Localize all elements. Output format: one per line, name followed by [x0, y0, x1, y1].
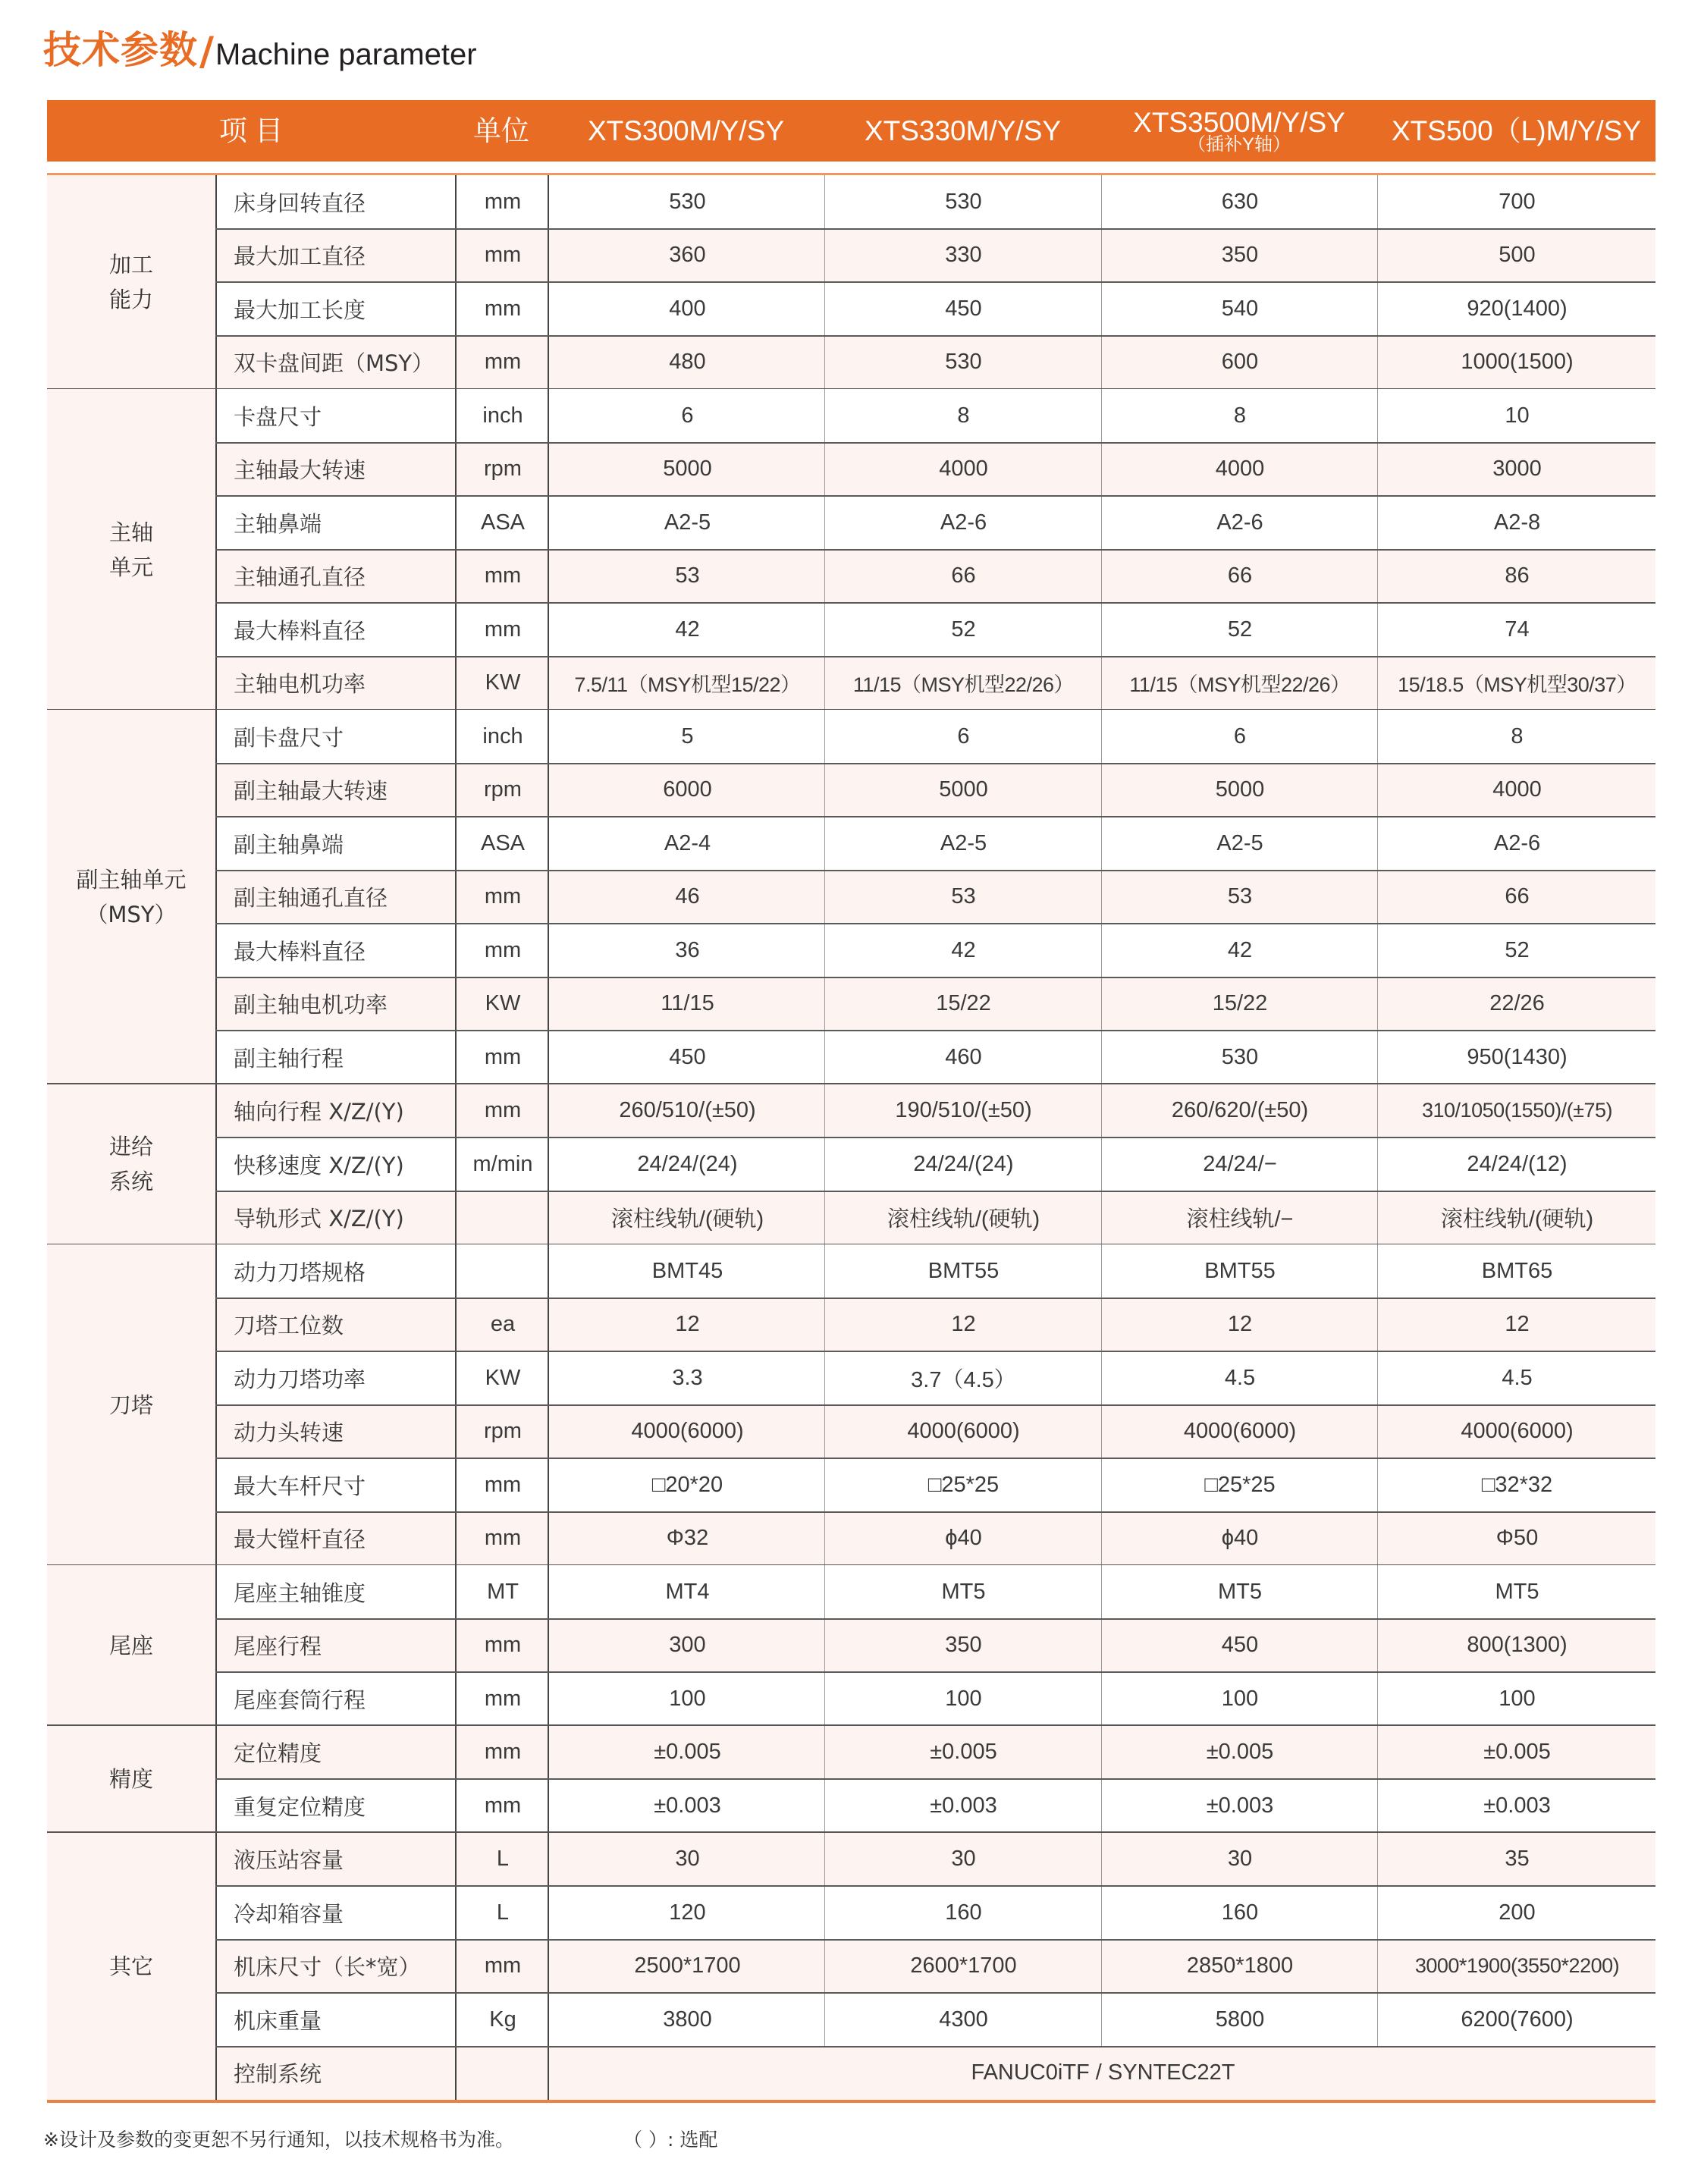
param-unit: mm	[455, 1031, 549, 1084]
param-unit: mm	[455, 1619, 549, 1672]
param-value-model-1: 4000	[824, 443, 1102, 496]
param-name: 机床尺寸（长*宽）	[215, 1940, 455, 1993]
table-row: 床身回转直径mm530530630700	[215, 175, 1655, 228]
row-divider	[215, 1458, 1655, 1459]
header-unit: 单位	[455, 100, 548, 162]
param-value-model-0: 12	[548, 1298, 826, 1351]
param-unit: mm	[455, 336, 549, 389]
param-value-model-2: 530	[1101, 1031, 1378, 1084]
row-divider	[215, 1939, 1655, 1941]
param-value-model-3: 10	[1377, 389, 1656, 442]
table-row: 动力头转速rpm4000(6000)4000(6000)4000(6000)40…	[215, 1405, 1655, 1458]
param-value-model-1: BMT55	[824, 1244, 1102, 1298]
param-name: 动力头转速	[215, 1405, 455, 1458]
table-header: 项 目 单位 XTS300M/Y/SY XTS330M/Y/SY XTS3500…	[47, 100, 1655, 162]
param-name: 重复定位精度	[215, 1779, 455, 1832]
param-name: 轴向行程 X/Z/(Y)	[215, 1084, 455, 1137]
param-unit: inch	[455, 710, 549, 763]
table-row: 副主轴通孔直径mm46535366	[215, 871, 1655, 924]
param-value-model-2: BMT55	[1101, 1244, 1378, 1298]
row-divider	[215, 1137, 1655, 1138]
param-value-model-0: 30	[548, 1833, 826, 1886]
param-value-model-3: 4000	[1377, 764, 1656, 817]
table-row: 主轴通孔直径mm53666686	[215, 550, 1655, 603]
param-value-model-0: A2-4	[548, 817, 826, 870]
row-divider	[215, 1404, 1655, 1406]
table-row: 尾座行程mm300350450800(1300)	[215, 1619, 1655, 1672]
param-value-model-2: MT5	[1101, 1565, 1378, 1618]
param-unit	[455, 1244, 549, 1298]
param-value-model-0: 46	[548, 871, 826, 924]
param-value-model-0: 4000(6000)	[548, 1405, 826, 1458]
param-unit: mm	[455, 603, 549, 656]
param-value-model-2: 100	[1101, 1672, 1378, 1725]
param-value-model-0: □20*20	[548, 1458, 826, 1511]
param-name: 最大镗杆直径	[215, 1512, 455, 1565]
row-divider	[215, 1511, 1655, 1513]
param-value-model-0: 53	[548, 550, 826, 603]
param-value-model-3: 86	[1377, 550, 1656, 603]
param-unit	[455, 1191, 549, 1244]
param-value-model-1: 52	[824, 603, 1102, 656]
row-divider	[215, 228, 1655, 230]
param-value-model-1: 8	[824, 389, 1102, 442]
param-name: 副主轴行程	[215, 1031, 455, 1084]
table-row: 尾座套筒行程mm100100100100	[215, 1672, 1655, 1725]
param-value-model-1: 350	[824, 1619, 1102, 1672]
page-title: 技术参数 / Machine parameter	[43, 21, 477, 74]
param-value-model-0: 300	[548, 1619, 826, 1672]
param-name: 最大车杆尺寸	[215, 1458, 455, 1511]
row-divider	[215, 281, 1655, 283]
param-name: 动力刀塔功率	[215, 1351, 455, 1404]
param-value-model-3: ±0.003	[1377, 1779, 1656, 1832]
param-value-model-3: 22/26	[1377, 977, 1656, 1031]
row-divider	[215, 602, 1655, 604]
table-row: 卡盘尺寸inch68810	[215, 389, 1655, 442]
group-label: 副主轴单元 （MSY）	[47, 710, 215, 1084]
model-name: XTS500（L)M/Y/SY	[1392, 116, 1641, 146]
param-unit: L	[455, 1886, 549, 1939]
param-name: 机床重量	[215, 1993, 455, 2046]
param-value-model-0: 滚柱线轨/(硬轨)	[548, 1191, 826, 1244]
param-name: 尾座行程	[215, 1619, 455, 1672]
param-value-model-0: 7.5/11（MSY机型15/22）	[548, 657, 826, 710]
param-value-model-2: 30	[1101, 1833, 1378, 1886]
param-value-model-3: MT5	[1377, 1565, 1656, 1618]
param-unit: mm	[455, 1084, 549, 1137]
param-value-model-3: 1000(1500)	[1377, 336, 1656, 389]
group-label: 尾座	[47, 1565, 215, 1726]
param-unit: mm	[455, 175, 549, 228]
param-value-model-0: A2-5	[548, 496, 826, 549]
table-row: 重复定位精度mm±0.003±0.003±0.003±0.003	[215, 1779, 1655, 1832]
param-value-model-1: 4300	[824, 1993, 1102, 2046]
param-value-model-0: 3.3	[548, 1351, 826, 1404]
param-value-model-1: 4000(6000)	[824, 1405, 1102, 1458]
param-value-model-2: 5800	[1101, 1993, 1378, 2046]
param-unit: m/min	[455, 1137, 549, 1191]
param-value-model-3: 100	[1377, 1672, 1656, 1725]
param-value-model-3: 24/24/(12)	[1377, 1137, 1656, 1191]
table-row: 控制系统FANUC0iTF / SYNTEC22T	[215, 2047, 1655, 2100]
param-name: 液压站容量	[215, 1833, 455, 1886]
table-row: 动力刀塔规格BMT45BMT55BMT55BMT65	[215, 1244, 1655, 1298]
param-value-model-3: ±0.005	[1377, 1726, 1656, 1779]
param-value-model-0: BMT45	[548, 1244, 826, 1298]
param-unit: mm	[455, 871, 549, 924]
param-value-model-2: □25*25	[1101, 1458, 1378, 1511]
table-row: 最大镗杆直径mmΦ32ϕ40ϕ40Φ50	[215, 1512, 1655, 1565]
param-value-model-0: 3800	[548, 1993, 826, 2046]
param-name: 刀塔工位数	[215, 1298, 455, 1351]
param-unit: L	[455, 1833, 549, 1886]
param-value-model-3: 66	[1377, 871, 1656, 924]
param-value-model-2: 540	[1101, 282, 1378, 335]
param-name: 控制系统	[215, 2047, 455, 2100]
row-divider	[215, 495, 1655, 497]
table-row: 轴向行程 X/Z/(Y)mm260/510/(±50)190/510/(±50)…	[215, 1084, 1655, 1137]
row-divider	[215, 763, 1655, 764]
param-name: 最大棒料直径	[215, 924, 455, 977]
row-divider	[215, 870, 1655, 871]
param-name: 尾座主轴锥度	[215, 1565, 455, 1618]
param-unit: mm	[455, 1779, 549, 1832]
param-name: 主轴通孔直径	[215, 550, 455, 603]
footer: ※设计及参数的变更恕不另行通知，以技术规格书为准。 （ ）: 选配	[43, 2125, 514, 2152]
param-unit: mm	[455, 1940, 549, 1993]
param-name: 双卡盘间距（MSY）	[215, 336, 455, 389]
param-value-model-2: 11/15（MSY机型22/26）	[1101, 657, 1378, 710]
row-divider	[215, 1671, 1655, 1673]
row-divider	[215, 923, 1655, 924]
param-name: 快移速度 X/Z/(Y)	[215, 1137, 455, 1191]
table-row: 最大棒料直径mm36424252	[215, 924, 1655, 977]
param-name: 床身回转直径	[215, 175, 455, 228]
param-value-model-2: 15/22	[1101, 977, 1378, 1031]
param-unit: rpm	[455, 1405, 549, 1458]
model-name: XTS300M/Y/SY	[588, 116, 784, 146]
param-value-model-3: 500	[1377, 229, 1656, 282]
row-divider	[215, 1191, 1655, 1192]
param-value-model-2: 6	[1101, 710, 1378, 763]
param-value-model-0: 100	[548, 1672, 826, 1725]
param-value-model-3: 8	[1377, 710, 1656, 763]
title-chinese: 技术参数	[43, 20, 198, 74]
table-row: 定位精度mm±0.005±0.005±0.005±0.005	[215, 1726, 1655, 1779]
header-item-label: 项 目	[219, 116, 283, 146]
param-value-model-2: A2-5	[1101, 817, 1378, 870]
param-value-model-0: 36	[548, 924, 826, 977]
param-unit: MT	[455, 1565, 549, 1618]
param-value-model-3: 920(1400)	[1377, 282, 1656, 335]
param-unit: ASA	[455, 496, 549, 549]
table-row: 尾座主轴锥度MTMT4MT5MT5MT5	[215, 1565, 1655, 1618]
param-unit: inch	[455, 389, 549, 442]
table-row: 主轴电机功率KW7.5/11（MSY机型15/22）11/15（MSY机型22/…	[215, 657, 1655, 710]
table-row: 主轴鼻端ASAA2-5A2-6A2-6A2-8	[215, 496, 1655, 549]
table-row: 副主轴最大转速rpm6000500050004000	[215, 764, 1655, 817]
model-subtitle: （插补Y轴）	[1188, 135, 1291, 155]
param-value-model-3: 4.5	[1377, 1351, 1656, 1404]
param-value-model-0: 480	[548, 336, 826, 389]
table-bottom-line	[47, 2100, 1655, 2103]
table-row: 最大车杆尺寸mm□20*20□25*25□25*25□32*32	[215, 1458, 1655, 1511]
param-name: 副主轴鼻端	[215, 817, 455, 870]
param-value-model-3: 15/18.5（MSY机型30/37）	[1377, 657, 1656, 710]
param-value-model-1: 30	[824, 1833, 1102, 1886]
param-value-model-1: 330	[824, 229, 1102, 282]
param-value-model-2: 66	[1101, 550, 1378, 603]
param-value-model-1: A2-5	[824, 817, 1102, 870]
param-value-span: FANUC0iTF / SYNTEC22T	[548, 2047, 1657, 2100]
param-unit: mm	[455, 1458, 549, 1511]
param-name: 最大棒料直径	[215, 603, 455, 656]
param-name: 尾座套筒行程	[215, 1672, 455, 1725]
table-row: 最大棒料直径mm42525274	[215, 603, 1655, 656]
param-value-model-2: 600	[1101, 336, 1378, 389]
param-value-model-3: 310/1050(1550)/(±75)	[1377, 1084, 1656, 1137]
param-unit: rpm	[455, 764, 549, 817]
param-value-model-3: 950(1430)	[1377, 1031, 1656, 1084]
param-value-model-1: 190/510/(±50)	[824, 1084, 1102, 1137]
param-value-model-0: 24/24/(24)	[548, 1137, 826, 1191]
row-divider	[215, 1778, 1655, 1780]
param-value-model-3: 3000*1900(3550*2200)	[1377, 1940, 1656, 1993]
param-unit: Kg	[455, 1993, 549, 2046]
param-value-model-3: □32*32	[1377, 1458, 1656, 1511]
param-value-model-2: 630	[1101, 175, 1378, 228]
param-value-model-0: 6000	[548, 764, 826, 817]
param-unit: mm	[455, 550, 549, 603]
row-divider	[215, 1618, 1655, 1620]
param-value-model-1: 15/22	[824, 977, 1102, 1031]
param-value-model-3: BMT65	[1377, 1244, 1656, 1298]
param-unit: ASA	[455, 817, 549, 870]
param-value-model-1: 66	[824, 550, 1102, 603]
param-value-model-2: 2850*1800	[1101, 1940, 1378, 1993]
header-model-1: XTS330M/Y/SY	[824, 100, 1101, 162]
param-value-model-2: 8	[1101, 389, 1378, 442]
param-value-model-1: 滚柱线轨/(硬轨)	[824, 1191, 1102, 1244]
param-value-model-0: 6	[548, 389, 826, 442]
param-value-model-1: ϕ40	[824, 1512, 1102, 1565]
param-name: 副主轴电机功率	[215, 977, 455, 1031]
group-label: 精度	[47, 1726, 215, 1833]
header-unit-label: 单位	[473, 116, 529, 146]
row-divider	[215, 816, 1655, 817]
row-divider	[215, 549, 1655, 551]
param-value-model-2: 260/620/(±50)	[1101, 1084, 1378, 1137]
table-row: 最大加工直径mm360330350500	[215, 229, 1655, 282]
param-unit: mm	[455, 924, 549, 977]
row-divider	[215, 1885, 1655, 1887]
param-name: 副主轴最大转速	[215, 764, 455, 817]
table-row: 导轨形式 X/Z/(Y)滚柱线轨/(硬轨)滚柱线轨/(硬轨)滚柱线轨/−滚柱线轨…	[215, 1191, 1655, 1244]
table-row: 机床重量Kg3800430058006200(7600)	[215, 1993, 1655, 2046]
param-value-model-1: 530	[824, 336, 1102, 389]
param-value-model-0: 2500*1700	[548, 1940, 826, 1993]
table-row: 刀塔工位数ea12121212	[215, 1298, 1655, 1351]
param-name: 卡盘尺寸	[215, 389, 455, 442]
param-value-model-2: 450	[1101, 1619, 1378, 1672]
param-value-model-2: ϕ40	[1101, 1512, 1378, 1565]
param-value-model-3: 700	[1377, 175, 1656, 228]
param-value-model-0: 400	[548, 282, 826, 335]
table-row: 主轴最大转速rpm5000400040003000	[215, 443, 1655, 496]
param-value-model-1: 24/24/(24)	[824, 1137, 1102, 1191]
param-value-model-3: 52	[1377, 924, 1656, 977]
param-value-model-2: 42	[1101, 924, 1378, 977]
table-row: 副主轴行程mm450460530950(1430)	[215, 1031, 1655, 1084]
param-value-model-2: 4000(6000)	[1101, 1405, 1378, 1458]
param-value-model-0: 5	[548, 710, 826, 763]
param-value-model-1: MT5	[824, 1565, 1102, 1618]
param-value-model-1: 450	[824, 282, 1102, 335]
param-value-model-0: ±0.003	[548, 1779, 826, 1832]
param-value-model-2: ±0.003	[1101, 1779, 1378, 1832]
param-value-model-3: 74	[1377, 603, 1656, 656]
param-value-model-3: A2-8	[1377, 496, 1656, 549]
param-value-model-2: 5000	[1101, 764, 1378, 817]
param-value-model-1: 460	[824, 1031, 1102, 1084]
table-row: 动力刀塔功率KW3.33.7（4.5）4.54.5	[215, 1351, 1655, 1404]
param-unit: KW	[455, 977, 549, 1031]
param-unit: mm	[455, 229, 549, 282]
param-value-model-2: 160	[1101, 1886, 1378, 1939]
param-name: 副主轴通孔直径	[215, 871, 455, 924]
param-value-model-1: ±0.005	[824, 1726, 1102, 1779]
model-name: XTS330M/Y/SY	[865, 116, 1061, 146]
param-value-model-2: ±0.005	[1101, 1726, 1378, 1779]
param-value-model-3: Φ50	[1377, 1512, 1656, 1565]
param-value-model-1: 11/15（MSY机型22/26）	[824, 657, 1102, 710]
param-unit: KW	[455, 1351, 549, 1404]
param-value-model-1: A2-6	[824, 496, 1102, 549]
param-value-model-2: 12	[1101, 1298, 1378, 1351]
title-slash: /	[199, 29, 214, 74]
param-value-model-1: 2600*1700	[824, 1940, 1102, 1993]
param-value-model-2: 4000	[1101, 443, 1378, 496]
group-label: 刀塔	[47, 1244, 215, 1565]
param-value-model-1: 42	[824, 924, 1102, 977]
param-value-model-3: 800(1300)	[1377, 1619, 1656, 1672]
param-name: 主轴电机功率	[215, 657, 455, 710]
param-unit: mm	[455, 282, 549, 335]
row-divider	[215, 335, 1655, 337]
title-english: Machine parameter	[215, 38, 477, 74]
param-value-model-0: 5000	[548, 443, 826, 496]
header-item: 项 目	[47, 100, 455, 162]
param-unit	[455, 2047, 549, 2100]
param-value-model-0: 450	[548, 1031, 826, 1084]
param-value-model-2: 52	[1101, 603, 1378, 656]
param-unit: mm	[455, 1726, 549, 1779]
table-row: 副主轴电机功率KW11/1515/2215/2222/26	[215, 977, 1655, 1031]
param-unit: KW	[455, 657, 549, 710]
row-divider	[215, 2046, 1655, 2047]
param-value-model-3: 12	[1377, 1298, 1656, 1351]
table-row: 机床尺寸（长*宽）mm2500*17002600*17002850*180030…	[215, 1940, 1655, 1993]
param-value-model-1: 3.7（4.5）	[824, 1351, 1102, 1404]
table-row: 副卡盘尺寸inch5668	[215, 710, 1655, 763]
param-value-model-2: 24/24/−	[1101, 1137, 1378, 1191]
table-row: 最大加工长度mm400450540920(1400)	[215, 282, 1655, 335]
param-value-model-3: 3000	[1377, 443, 1656, 496]
param-name: 最大加工长度	[215, 282, 455, 335]
model-name: XTS3500M/Y/SY	[1133, 108, 1345, 138]
param-value-model-2: 53	[1101, 871, 1378, 924]
param-value-model-1: 6	[824, 710, 1102, 763]
row-divider	[215, 977, 1655, 978]
group-label: 加工 能力	[47, 175, 215, 389]
param-value-model-0: 120	[548, 1886, 826, 1939]
row-divider	[215, 1351, 1655, 1352]
param-value-model-0: ±0.005	[548, 1726, 826, 1779]
param-value-model-3: 4000(6000)	[1377, 1405, 1656, 1458]
param-value-model-3: 滚柱线轨/(硬轨)	[1377, 1191, 1656, 1244]
param-name: 定位精度	[215, 1726, 455, 1779]
param-value-model-2: 滚柱线轨/−	[1101, 1191, 1378, 1244]
param-value-model-1: ±0.003	[824, 1779, 1102, 1832]
param-name: 主轴鼻端	[215, 496, 455, 549]
header-model-3: XTS500（L)M/Y/SY	[1377, 100, 1655, 162]
param-unit: ea	[455, 1298, 549, 1351]
param-value-model-2: 350	[1101, 229, 1378, 282]
param-value-model-0: 42	[548, 603, 826, 656]
param-name: 最大加工直径	[215, 229, 455, 282]
row-divider	[215, 442, 1655, 444]
row-divider	[215, 1992, 1655, 1994]
param-name: 副卡盘尺寸	[215, 710, 455, 763]
param-value-model-0: 530	[548, 175, 826, 228]
param-value-model-1: □25*25	[824, 1458, 1102, 1511]
row-divider	[215, 656, 1655, 657]
table-row: 副主轴鼻端ASAA2-4A2-5A2-5A2-6	[215, 817, 1655, 870]
param-name: 动力刀塔规格	[215, 1244, 455, 1298]
param-value-model-1: 530	[824, 175, 1102, 228]
param-unit: mm	[455, 1672, 549, 1725]
param-value-model-0: 360	[548, 229, 826, 282]
table-row: 冷却箱容量L120160160200	[215, 1886, 1655, 1939]
row-divider	[215, 1030, 1655, 1031]
table-row: 双卡盘间距（MSY）mm4805306001000(1500)	[215, 336, 1655, 389]
param-value-model-0: Φ32	[548, 1512, 826, 1565]
param-value-model-3: A2-6	[1377, 817, 1656, 870]
param-value-model-0: MT4	[548, 1565, 826, 1618]
param-name: 导轨形式 X/Z/(Y)	[215, 1191, 455, 1244]
footer-note: ※设计及参数的变更恕不另行通知，以技术规格书为准。	[43, 2129, 514, 2151]
header-model-0: XTS300M/Y/SY	[548, 100, 824, 162]
table-row: 液压站容量L30303035	[215, 1833, 1655, 1886]
row-divider	[215, 1298, 1655, 1299]
param-name: 主轴最大转速	[215, 443, 455, 496]
param-value-model-2: 4.5	[1101, 1351, 1378, 1404]
table-row: 快移速度 X/Z/(Y)m/min24/24/(24)24/24/(24)24/…	[215, 1137, 1655, 1191]
param-unit: mm	[455, 1512, 549, 1565]
param-value-model-1: 100	[824, 1672, 1102, 1725]
param-value-model-1: 160	[824, 1886, 1102, 1939]
group-label: 主轴 单元	[47, 389, 215, 710]
param-value-model-3: 6200(7600)	[1377, 1993, 1656, 2046]
param-value-model-1: 12	[824, 1298, 1102, 1351]
group-label: 进给 系统	[47, 1084, 215, 1245]
param-value-model-1: 53	[824, 871, 1102, 924]
header-model-2: XTS3500M/Y/SY （插补Y轴）	[1101, 100, 1377, 162]
param-name: 冷却箱容量	[215, 1886, 455, 1939]
param-value-model-2: A2-6	[1101, 496, 1378, 549]
group-label: 其它	[47, 1833, 215, 2101]
